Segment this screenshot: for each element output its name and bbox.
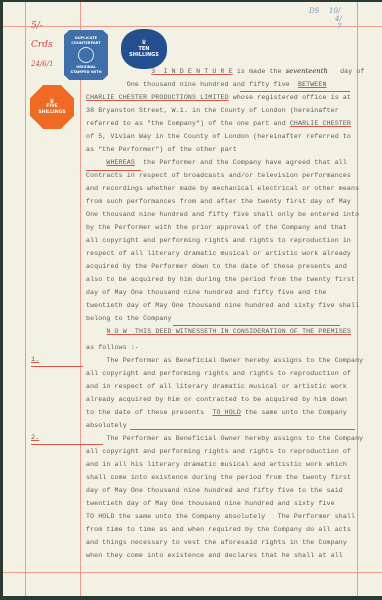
underlined-term: N O W THIS DEED WITNESSETH IN CONSIDERAT… bbox=[106, 328, 351, 335]
line-text: Contracts in respect of broadcasts and/o… bbox=[86, 172, 351, 179]
line-text: by the Performer with the prior approval… bbox=[86, 224, 347, 231]
left-inner-margin-rule bbox=[80, 2, 81, 596]
underlined-term: CHARLIE CHESTER PRODUCTIONS LIMITED bbox=[86, 94, 229, 101]
deed-line: 3 I N D E N T U R E is made the seventee… bbox=[86, 65, 365, 78]
fill-line bbox=[173, 325, 340, 326]
line-text: One thousand nine hundred and fifty five bbox=[86, 81, 298, 88]
deed-line: all copyright and performing rights and … bbox=[86, 234, 351, 247]
ds-date-day: 10/ bbox=[329, 8, 340, 15]
line-text: is made the bbox=[233, 68, 286, 75]
line-text: day of bbox=[328, 68, 365, 75]
crest-icon bbox=[78, 47, 94, 63]
handwritten-date: seventeenth bbox=[286, 67, 328, 75]
deed-line: day of May One thousand nine hundred and… bbox=[86, 286, 327, 299]
handwritten-note-2: Crds bbox=[31, 41, 54, 50]
deed-line: WHEREAS the Performer and the Company ha… bbox=[86, 156, 347, 169]
clause-1-underline bbox=[31, 366, 83, 367]
line-text: the same unto the Company bbox=[241, 409, 347, 416]
clause-2-underline bbox=[31, 444, 103, 445]
line-text: The Performer as Beneficial Owner hereby… bbox=[86, 435, 363, 442]
ten-shillings-stamp: ♛ TEN SHILLINGS bbox=[121, 29, 167, 69]
deed-line: and recordings whether made by mechanica… bbox=[86, 182, 359, 195]
line-text: TO HOLD the same unto the Company absolu… bbox=[86, 513, 355, 520]
line-text: belong to the Company bbox=[86, 315, 172, 322]
line-text: from time to time as and when required b… bbox=[86, 526, 351, 533]
deed-line: The Performer as Beneficial Owner hereby… bbox=[86, 354, 363, 367]
deed-line: by the Performer with the prior approval… bbox=[86, 221, 347, 234]
line-text bbox=[86, 159, 106, 166]
deed-line: all copyright and performing rights and … bbox=[86, 367, 351, 380]
fill-line bbox=[86, 170, 141, 171]
line-text: as follows :- bbox=[86, 344, 139, 351]
ds-note: DS bbox=[309, 7, 319, 15]
handwritten-note-1: 5/- bbox=[31, 22, 54, 31]
five-shillings-stamp: ♛ FIVE SHILLINGS bbox=[30, 85, 74, 129]
line-text: and in all his literary dramatic musical… bbox=[86, 461, 347, 468]
line-text: 38 Bryanston Street, W.1. in the County … bbox=[86, 107, 339, 114]
line-text: One thousand nine hundred and fifty five… bbox=[86, 211, 359, 218]
deed-line: 38 Bryanston Street, W.1. in the County … bbox=[86, 104, 339, 117]
line-text: referred to as "the Company") of the one… bbox=[86, 120, 290, 127]
underlined-term: CHARLIE CHESTER bbox=[290, 120, 351, 127]
line-text: already acquired by him or contracted to… bbox=[86, 396, 347, 403]
line-text: twentieth day of May One thousand nine h… bbox=[86, 500, 335, 507]
deed-line: referred to as "the Company") of the one… bbox=[86, 117, 351, 130]
deed-line: from time to time as and when required b… bbox=[86, 523, 351, 536]
line-text: all copyright and performing rights and … bbox=[86, 448, 351, 455]
deed-line: all copyright and performing rights and … bbox=[86, 445, 351, 458]
line-text bbox=[86, 68, 151, 75]
line-text: respect of all literary dramatic musical… bbox=[86, 250, 351, 257]
line-text: all copyright and performing rights and … bbox=[86, 370, 351, 377]
underlined-term: WHEREAS bbox=[106, 159, 135, 166]
stamp-text: SHILLINGS bbox=[38, 110, 65, 116]
line-text: twentieth day of May One thousand nine h… bbox=[86, 302, 359, 309]
line-text: and recordings whether made by mechanica… bbox=[86, 185, 359, 192]
line-text: also to be acquired by him during the pe… bbox=[86, 276, 355, 283]
handwritten-stamp-duty-note: DS 10/ 4/ 7 bbox=[309, 8, 319, 15]
line-text: the Performer and the Company have agree… bbox=[135, 159, 347, 166]
line-text: shall come into existence during the per… bbox=[86, 474, 351, 481]
line-text: The Performer as Beneficial Owner hereby… bbox=[86, 357, 363, 364]
deed-line: as "the Performer") of the other part bbox=[86, 143, 237, 156]
deed-line: absolutely bbox=[86, 419, 127, 432]
deed-line: and things necessary to vest the aforesa… bbox=[86, 536, 347, 549]
line-text: acquired by the Performer down to the da… bbox=[86, 263, 347, 270]
deed-line: CHARLIE CHESTER PRODUCTIONS LIMITED whos… bbox=[86, 91, 351, 104]
line-text: all copyright and performing rights and … bbox=[86, 237, 351, 244]
handwritten-note-3: 24/6/1 bbox=[31, 60, 54, 69]
deed-line: The Performer as Beneficial Owner hereby… bbox=[86, 432, 363, 445]
deed-line: when they come into existence and declar… bbox=[86, 549, 343, 562]
deed-line: to the date of these presents TO HOLD th… bbox=[86, 406, 347, 419]
deed-line: TO HOLD the same unto the Company absolu… bbox=[86, 510, 355, 523]
line-text: as "the Performer") of the other part bbox=[86, 146, 237, 153]
deed-line: and in all his literary dramatic musical… bbox=[86, 458, 347, 471]
ds-date-year: 7 bbox=[337, 24, 341, 31]
line-text: absolutely bbox=[86, 422, 127, 429]
deed-line: and in respect of all literary dramatic … bbox=[86, 380, 347, 393]
line-text: whose registered office is at bbox=[229, 94, 351, 101]
deed-line: One thousand nine hundred and fifty five… bbox=[86, 208, 359, 221]
line-text: day of May One thousand nine hundred and… bbox=[86, 487, 343, 494]
line-text bbox=[86, 328, 106, 335]
deed-line: belong to the Company bbox=[86, 312, 172, 325]
stamp-text: SHILLINGS bbox=[129, 52, 159, 58]
underlined-term: BETWEEN bbox=[298, 81, 327, 88]
line-text: when they come into existence and declar… bbox=[86, 552, 343, 559]
deed-line: as follows :- bbox=[86, 341, 139, 354]
document-page: 5/- Crds 24/6/1 DS 10/ 4/ 7 DUPLICATE CO… bbox=[3, 2, 382, 596]
deed-line: shall come into existence during the per… bbox=[86, 471, 351, 484]
line-text: of 5, Vivian Way in the County of London… bbox=[86, 133, 351, 140]
deed-line: twentieth day of May One thousand nine h… bbox=[86, 299, 359, 312]
handwritten-fee-note: 5/- Crds 24/6/1 bbox=[31, 22, 54, 69]
fill-line bbox=[240, 91, 350, 92]
deed-line: of 5, Vivian Way in the County of London… bbox=[86, 130, 351, 143]
line-text: to the date of these presents bbox=[86, 409, 212, 416]
line-text: from such performances from and after th… bbox=[86, 198, 351, 205]
deed-line: respect of all literary dramatic musical… bbox=[86, 247, 351, 260]
line-text: and in respect of all literary dramatic … bbox=[86, 383, 347, 390]
deed-line: One thousand nine hundred and fifty five… bbox=[86, 78, 327, 91]
line-text: day of May One thousand nine hundred and… bbox=[86, 289, 327, 296]
stamp-text: COUNTERPART bbox=[71, 41, 100, 46]
deed-line: already acquired by him or contracted to… bbox=[86, 393, 347, 406]
deed-line: acquired by the Performer down to the da… bbox=[86, 260, 347, 273]
deed-line: from such performances from and after th… bbox=[86, 195, 351, 208]
underlined-term: TO HOLD bbox=[212, 409, 241, 416]
underlined-term: 3 I N D E N T U R E bbox=[151, 68, 233, 75]
ds-date-month: 4/ bbox=[335, 16, 342, 23]
deed-line: also to be acquired by him during the pe… bbox=[86, 273, 355, 286]
bottom-margin-rule bbox=[3, 572, 382, 573]
line-text: and things necessary to vest the aforesa… bbox=[86, 539, 347, 546]
deed-line: twentieth day of May One thousand nine h… bbox=[86, 497, 335, 510]
left-outer-margin-rule bbox=[25, 2, 26, 596]
deed-line: N O W THIS DEED WITNESSETH IN CONSIDERAT… bbox=[86, 325, 351, 338]
fill-line bbox=[130, 429, 355, 430]
deed-line: day of May One thousand nine hundred and… bbox=[86, 484, 343, 497]
top-margin-rule bbox=[3, 26, 382, 27]
